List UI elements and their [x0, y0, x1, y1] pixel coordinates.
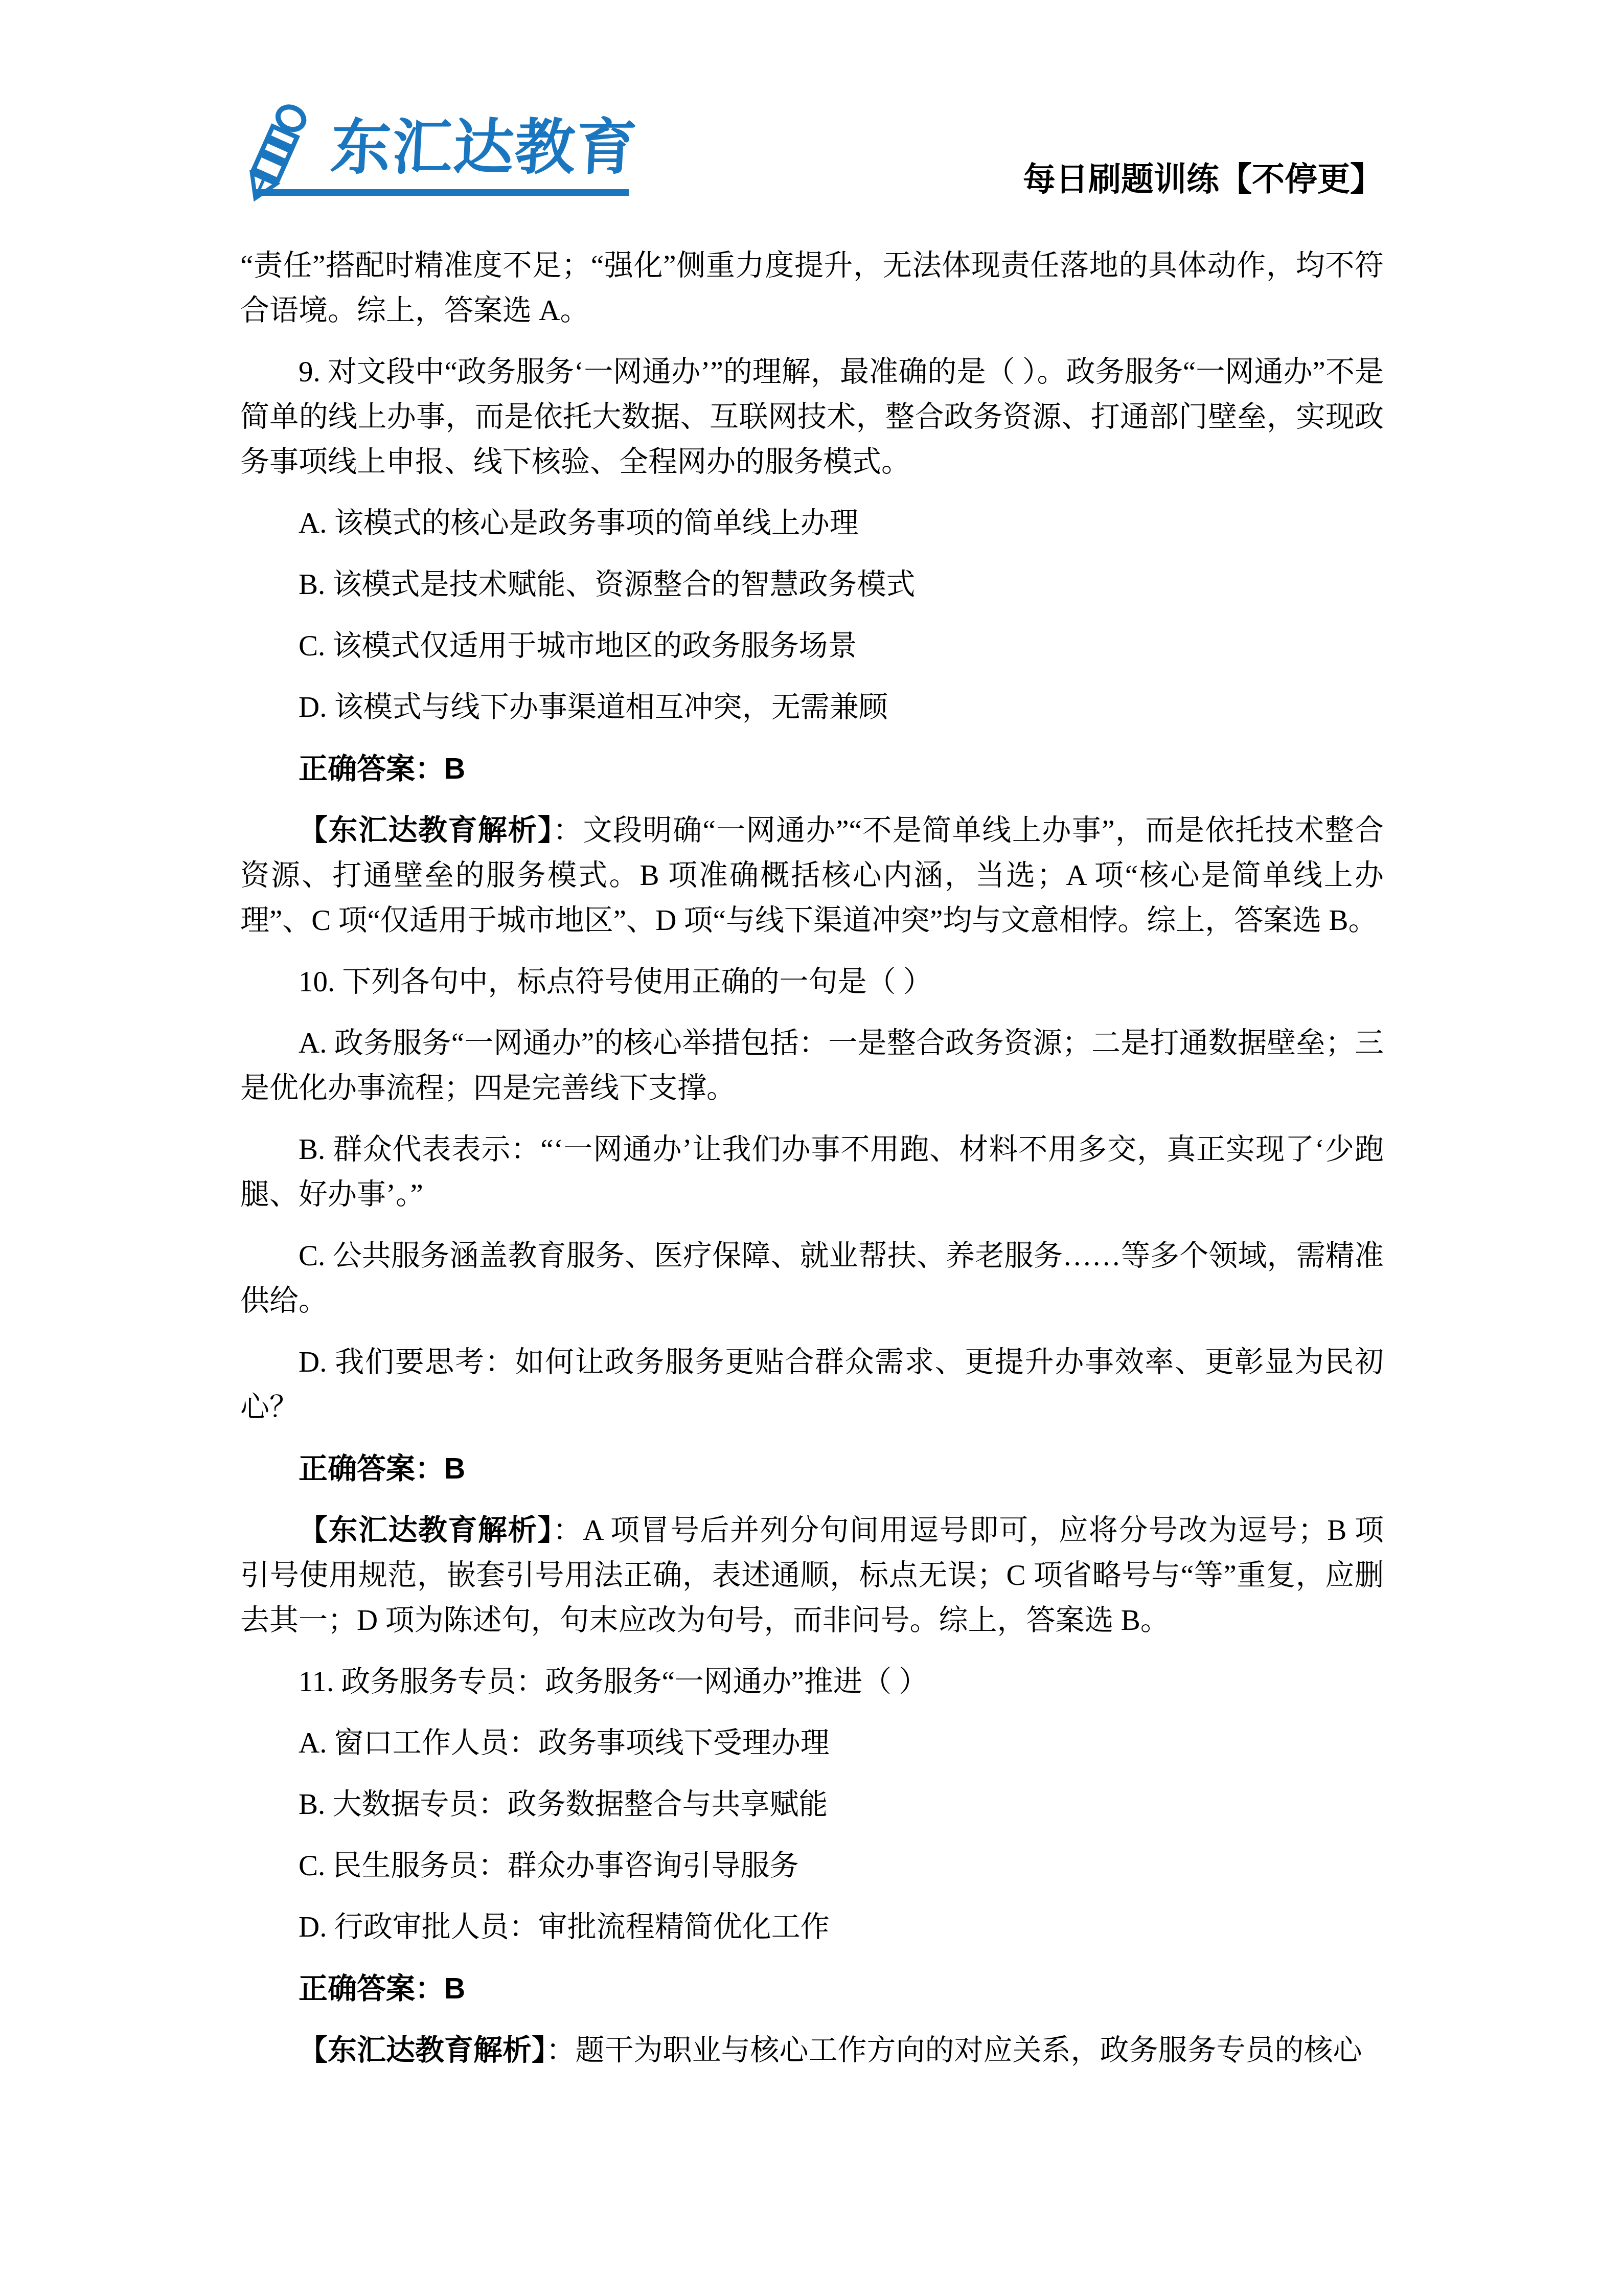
content: “责任”搭配时精准度不足；“强化”侧重力度提升，无法体现责任落地的具体动作，均不…	[240, 243, 1384, 2073]
question-9-option-a: A. 该模式的核心是政务事项的简单线上办理	[240, 501, 1384, 546]
question-11-answer: 正确答案：B	[240, 1966, 1384, 2011]
pen-icon	[236, 97, 333, 204]
question-10-option-b: B. 群众代表表示：“‘一网通办’让我们办事不用跑、材料不用多交，真正实现了‘少…	[240, 1127, 1384, 1217]
question-10-option-d: D. 我们要思考：如何让政务服务更贴合群众需求、更提升办事效率、更彰显为民初心？	[240, 1340, 1384, 1430]
explanation-label: 【东汇达教育解析】	[299, 814, 553, 847]
explanation-label: 【东汇达教育解析】	[299, 1514, 553, 1547]
question-10-answer: 正确答案：B	[240, 1446, 1384, 1491]
question-9-option-c: C. 该模式仅适用于城市地区的政务服务场景	[240, 624, 1384, 669]
question-11-option-c: C. 民生服务员：群众办事咨询引导服务	[240, 1844, 1384, 1889]
question-9-option-b: B. 该模式是技术赋能、资源整合的智慧政务模式	[240, 562, 1384, 607]
question-10-option-c: C. 公共服务涵盖教育服务、医疗保障、就业帮扶、养老服务……等多个领域，需精准供…	[240, 1234, 1384, 1324]
logo-text: 东汇达教育	[329, 118, 639, 178]
question-10-explanation: 【东汇达教育解析】：A 项冒号后并列分句间用逗号即可，应将分号改为逗号；B 项引…	[240, 1508, 1384, 1643]
logo: 东汇达教育	[236, 97, 645, 204]
logo-underline	[253, 189, 629, 196]
question-11-stem: 11. 政务服务专员：政务服务“一网通办”推进（ ）	[240, 1660, 1384, 1704]
question-9-explanation: 【东汇达教育解析】：文段明确“一网通办”“不是简单线上办事”，而是依托技术整合资…	[240, 808, 1384, 943]
question-10-stem: 10. 下列各句中，标点符号使用正确的一句是（ ）	[240, 960, 1384, 1005]
previous-explanation-tail: “责任”搭配时精准度不足；“强化”侧重力度提升，无法体现责任落地的具体动作，均不…	[240, 243, 1384, 333]
question-9-answer: 正确答案：B	[240, 746, 1384, 791]
question-11-option-b: B. 大数据专员：政务数据整合与共享赋能	[240, 1782, 1384, 1827]
explanation-label: 【东汇达教育解析】	[299, 2034, 546, 2066]
question-10-option-a: A. 政务服务“一网通办”的核心举措包括：一是整合政务资源；二是打通数据壁垒；三…	[240, 1021, 1384, 1111]
explanation-text: ：题干为职业与核心工作方向的对应关系，政务服务专员的核心	[546, 2034, 1362, 2066]
page-title: 每日刷题训练【不停更】	[1023, 163, 1383, 195]
question-9-option-d: D. 该模式与线下办事渠道相互冲突，无需兼顾	[240, 685, 1384, 730]
document-page: 东汇达教育 每日刷题训练【不停更】 “责任”搭配时精准度不足；“强化”侧重力度提…	[0, 0, 1623, 2296]
question-9-stem: 9. 对文段中“政务服务‘一网通办’”的理解，最准确的是（ ）。政务服务“一网通…	[240, 350, 1384, 485]
question-11-explanation: 【东汇达教育解析】：题干为职业与核心工作方向的对应关系，政务服务专员的核心	[240, 2028, 1384, 2073]
question-11-option-a: A. 窗口工作人员：政务事项线下受理办理	[240, 1721, 1384, 1766]
question-11-option-d: D. 行政审批人员：审批流程精简优化工作	[240, 1905, 1384, 1950]
